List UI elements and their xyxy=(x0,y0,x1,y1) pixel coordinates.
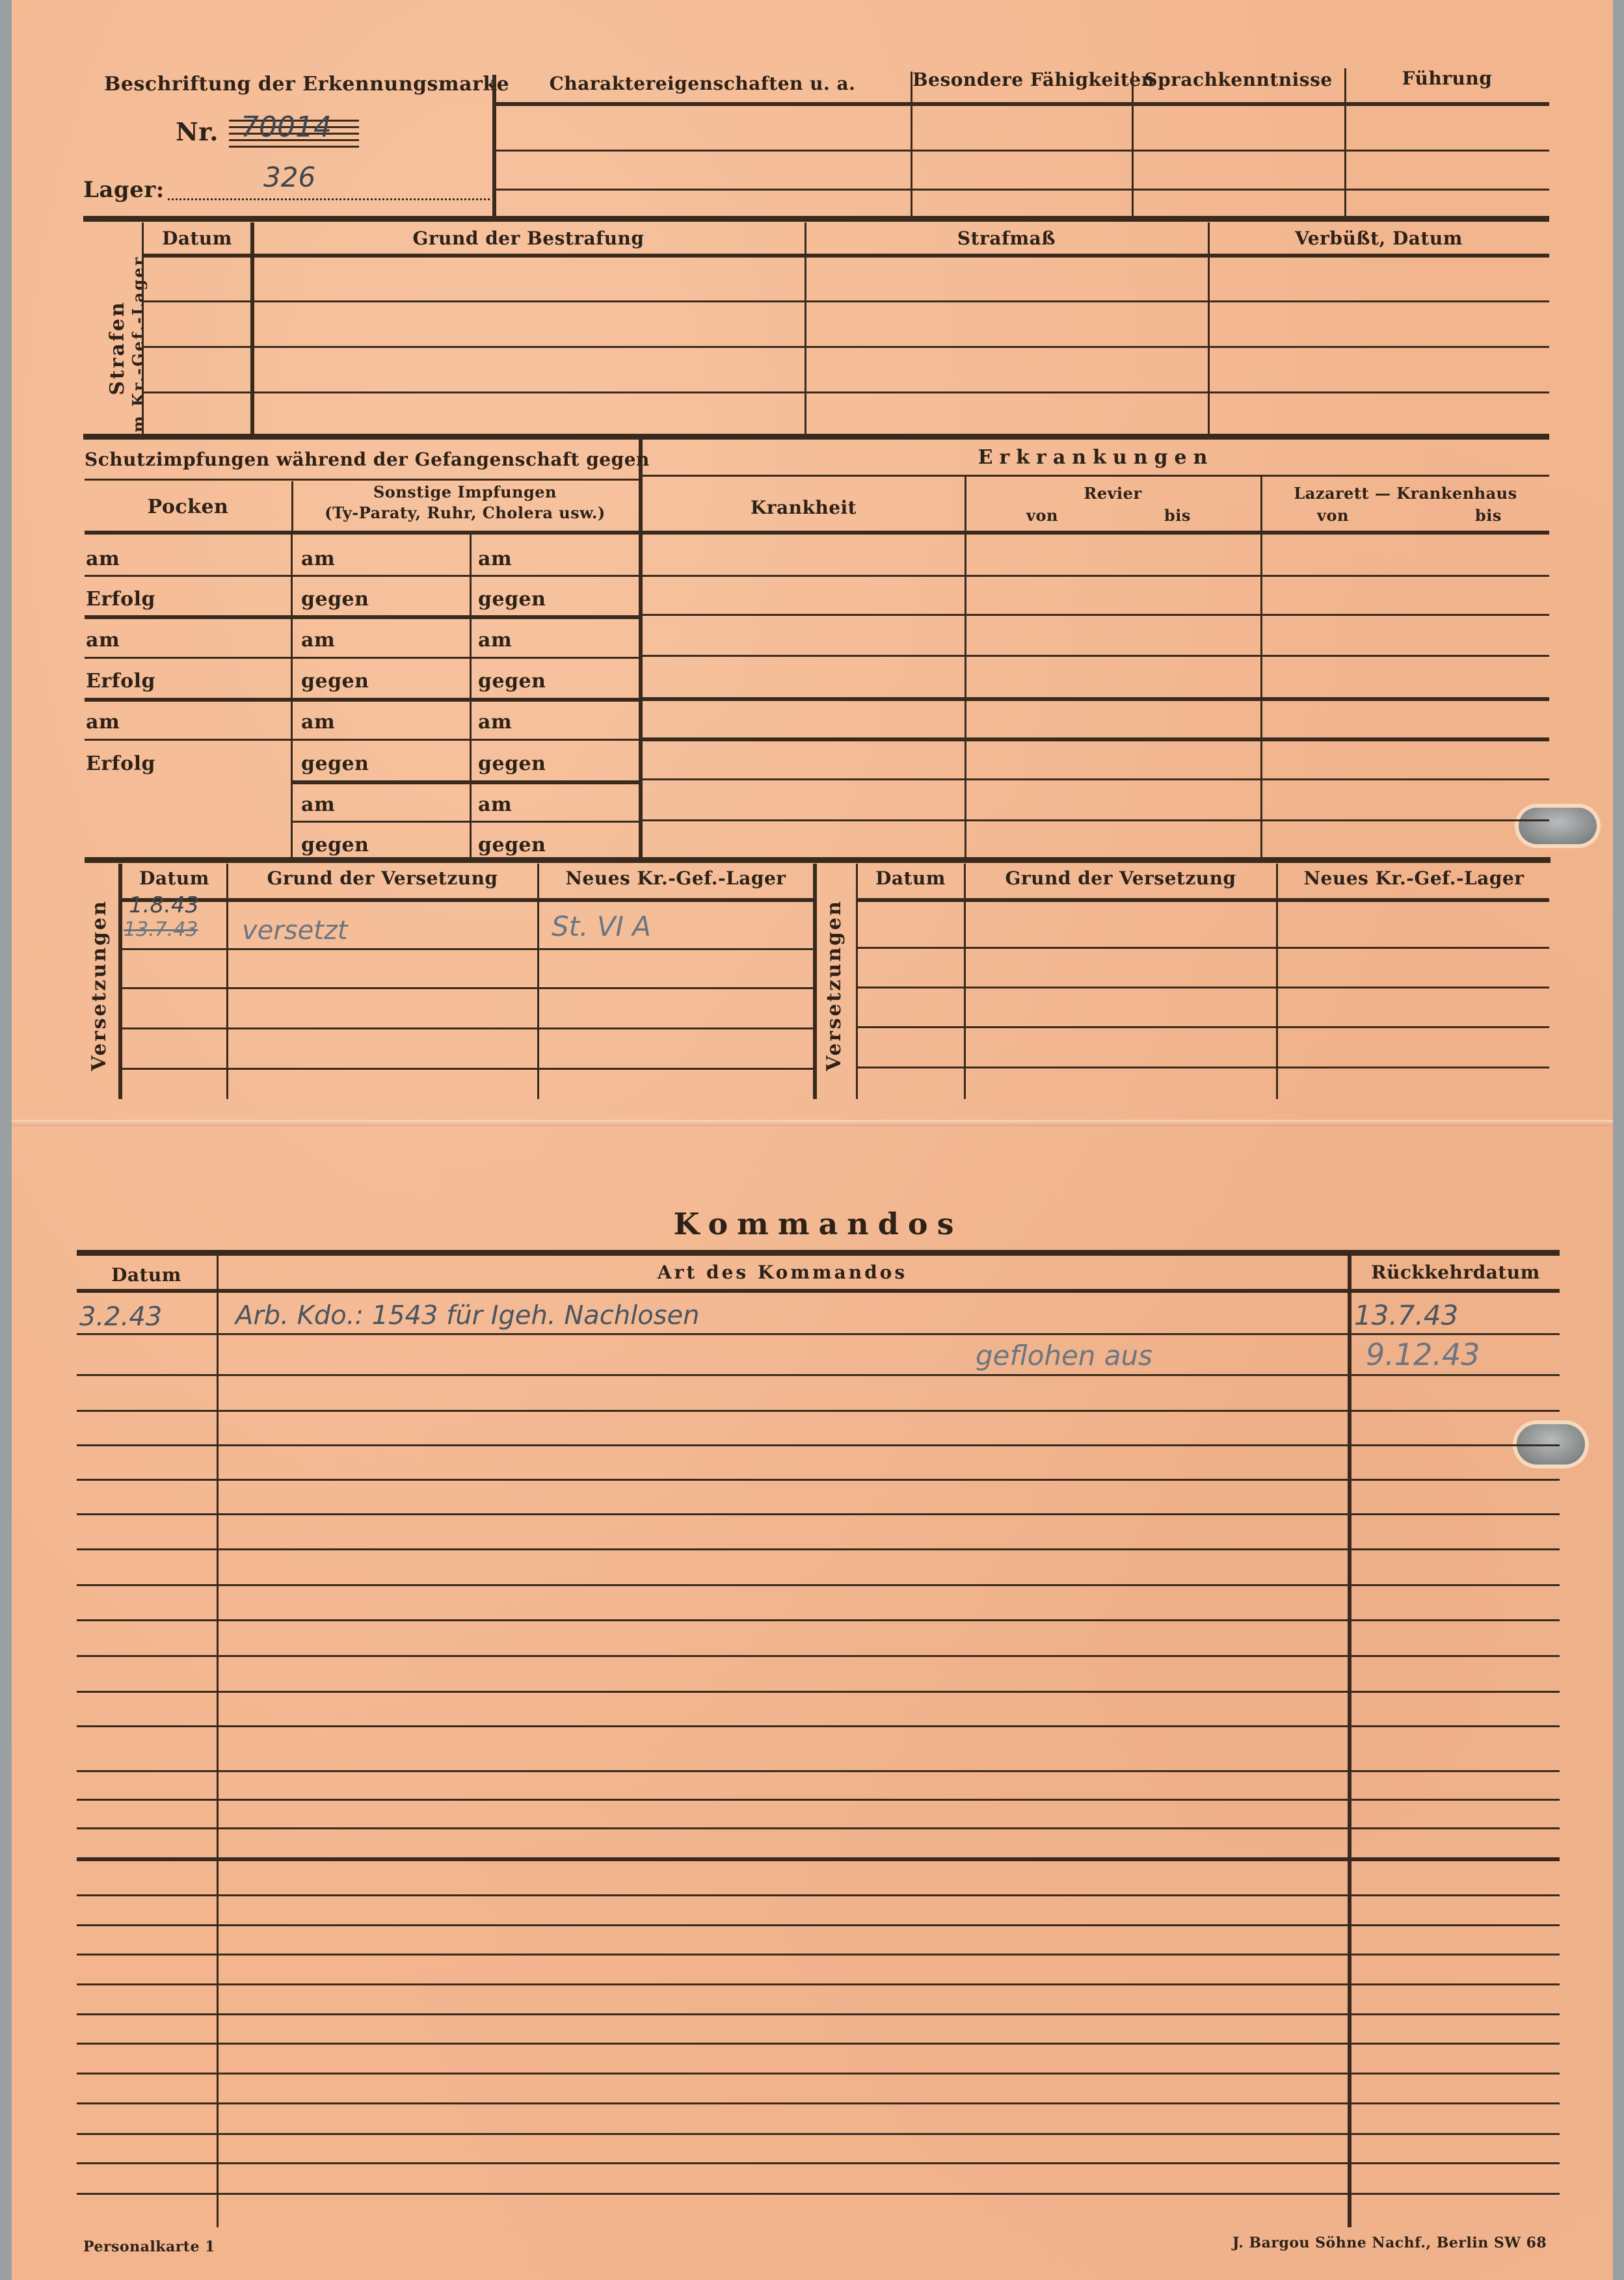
divider xyxy=(813,864,817,1099)
kommandos-row-rule xyxy=(77,2133,1560,2135)
kommandos-row-rule xyxy=(77,1619,1560,1621)
col-charakter: Charaktereigenschaften u. a. xyxy=(498,73,907,94)
rule xyxy=(85,479,639,481)
sonstige-a-am-2: am xyxy=(301,629,335,652)
lager-dotted-line xyxy=(168,198,490,200)
revier-von: von xyxy=(1026,506,1058,525)
divider xyxy=(217,1255,219,2227)
punch-hole-upper xyxy=(1519,808,1597,844)
printer-imprint: J. Bargou Söhne Nachf., Berlin SW 68 xyxy=(1232,2234,1547,2251)
kommandos-row-rule xyxy=(77,2193,1560,2195)
sonstige-a-am-4: am xyxy=(301,793,335,816)
rule xyxy=(85,615,639,619)
rule xyxy=(85,657,639,659)
versetzung-lager-value: St. VI A xyxy=(552,910,651,942)
strafen-col-grund: Grund der Bestrafung xyxy=(254,228,803,249)
rule xyxy=(857,987,1549,988)
divider xyxy=(965,477,966,857)
kommandos-row-rule xyxy=(77,1857,1560,1861)
rule xyxy=(641,697,1549,701)
strafen-row-rule xyxy=(143,346,1549,348)
kommandos-row-rule xyxy=(77,2013,1560,2015)
sonstige-a-gegen-4: gegen xyxy=(301,834,369,856)
kommandos-col-art: Art des Kommandos xyxy=(219,1262,1346,1283)
versetzungen-side-label-left: Versetzungen xyxy=(88,878,114,1093)
kommando-rueckkehr: 9.12.43 xyxy=(1366,1337,1480,1372)
versetzung-right-col-grund: Grund der Versetzung xyxy=(966,868,1275,889)
rule xyxy=(85,531,1549,535)
col-pocken: Pocken xyxy=(85,496,291,518)
kommandos-row-rule xyxy=(77,1894,1560,1896)
kommandos-row-rule xyxy=(77,2073,1560,2075)
kommando-art: geflohen aus xyxy=(976,1340,1152,1372)
pocken-am-3: am xyxy=(86,711,120,734)
pocken-erfolg-3: Erfolg xyxy=(86,752,155,775)
rule xyxy=(641,737,1549,741)
section-rule xyxy=(83,216,1549,222)
rule xyxy=(494,150,1549,152)
rule xyxy=(857,947,1549,949)
kommandos-row-rule xyxy=(77,1548,1560,1550)
rule xyxy=(494,189,1549,191)
divider xyxy=(1348,1255,1351,2227)
col-revier: Revier xyxy=(966,484,1259,503)
divider xyxy=(291,535,293,857)
pocken-erfolg-2: Erfolg xyxy=(86,670,155,693)
col-sprachkenntnisse: Sprachkenntnisse xyxy=(1134,69,1343,90)
rule xyxy=(641,655,1549,657)
lazarett-bis: bis xyxy=(1475,506,1502,525)
section-rule xyxy=(85,857,1551,863)
col-sonstige-title: Sonstige Impfungen xyxy=(293,483,637,501)
kommandos-row-rule xyxy=(77,1584,1560,1586)
versetzung-right-col-lager: Neues Kr.-Gef.-Lager xyxy=(1279,868,1549,889)
col-lazarett: Lazarett — Krankenhaus xyxy=(1262,484,1549,503)
form-name: Personalkarte 1 xyxy=(83,2238,215,2255)
rule xyxy=(641,819,1549,821)
kommandos-row-rule xyxy=(77,1983,1560,1985)
rule xyxy=(857,898,1549,902)
rule xyxy=(494,102,1549,106)
rule xyxy=(641,575,1549,577)
kommandos-row-rule xyxy=(77,1725,1560,1727)
rule xyxy=(857,1026,1549,1028)
sonstige-b-am-3: am xyxy=(478,711,512,734)
pocken-am-2: am xyxy=(86,629,120,652)
sonstige-b-gegen-2: gegen xyxy=(478,670,546,693)
rule xyxy=(641,614,1549,616)
rule xyxy=(641,778,1549,780)
pocken-erfolg-1: Erfolg xyxy=(86,588,155,611)
sonstige-b-am-4: am xyxy=(478,793,512,816)
kommandos-row-rule xyxy=(77,1479,1560,1481)
rule xyxy=(143,254,1549,258)
sonstige-b-gegen-1: gegen xyxy=(478,588,546,611)
versetzung-left-col-datum: Datum xyxy=(122,868,226,889)
section-rule xyxy=(83,434,1549,440)
divider xyxy=(911,72,912,218)
kommandos-row-rule xyxy=(77,1954,1560,1955)
versetzung-grund-value: versetzt xyxy=(242,916,348,946)
divider xyxy=(470,535,472,857)
sonstige-b-am-2: am xyxy=(478,629,512,652)
kommando-art: Arb. Kdo.: 1543 für Igeh. Nachlosen xyxy=(235,1301,699,1331)
sonstige-b-gegen-3: gegen xyxy=(478,752,546,775)
kommandos-row-rule xyxy=(77,1655,1560,1657)
versetzung-datum-new: 1.8.43 xyxy=(129,892,199,918)
sonstige-a-gegen-2: gegen xyxy=(301,670,369,693)
rule xyxy=(85,739,639,741)
sonstige-b-gegen-4: gegen xyxy=(478,834,546,856)
rule xyxy=(121,948,813,950)
lazarett-von: von xyxy=(1317,506,1349,525)
erkrankungen-heading: Erkrankungen xyxy=(643,446,1549,469)
kommandos-row-rule xyxy=(77,1333,1560,1335)
kommandos-row-rule xyxy=(77,1444,1560,1446)
lager-value: 326 xyxy=(263,161,315,193)
kommandos-col-datum: Datum xyxy=(77,1264,216,1286)
rule xyxy=(85,575,639,577)
sonstige-b-am-1: am xyxy=(478,548,512,570)
sonstige-a-am-3: am xyxy=(301,711,335,734)
kommando-rueckkehr: 13.7.43 xyxy=(1354,1299,1458,1331)
divider xyxy=(1132,72,1134,218)
section-rule xyxy=(77,1250,1560,1256)
kommandos-row-rule xyxy=(77,1513,1560,1515)
strafen-col-datum: Datum xyxy=(144,228,250,249)
col-sonstige-subtitle: (Ty-Paraty, Ruhr, Cholera usw.) xyxy=(293,503,637,522)
kommandos-row-rule xyxy=(77,1827,1560,1829)
pocken-am-1: am xyxy=(86,548,120,570)
strafen-row-rule xyxy=(143,391,1549,393)
divider xyxy=(1260,477,1262,857)
kommandos-row-rule xyxy=(77,2162,1560,2164)
rule xyxy=(121,1027,813,1029)
sonstige-a-gegen-1: gegen xyxy=(301,588,369,611)
kommandos-title: Kommandos xyxy=(77,1206,1560,1241)
sonstige-a-gegen-3: gegen xyxy=(301,752,369,775)
versetzung-left-col-grund: Grund der Versetzung xyxy=(229,868,536,889)
strafen-side-label: Strafen im Kr.-Gef.-Lager xyxy=(107,244,153,452)
versetzung-left-col-lager: Neues Kr.-Gef.-Lager xyxy=(540,868,812,889)
col-krankheit: Krankheit xyxy=(643,497,965,518)
divider xyxy=(1344,68,1346,218)
strafen-col-strafmass: Strafmaß xyxy=(806,228,1206,249)
rule xyxy=(121,1068,813,1070)
kommandos-row-rule xyxy=(77,2043,1560,2045)
rule xyxy=(857,1067,1549,1068)
kommandos-col-rueckkehr: Rückkehrdatum xyxy=(1351,1262,1560,1283)
identification-heading: Beschriftung der Erkennungsmarke xyxy=(104,73,468,96)
strafen-row-rule xyxy=(143,300,1549,302)
rule xyxy=(643,475,1549,477)
kommandos-row-rule xyxy=(77,1799,1560,1801)
rule xyxy=(291,821,639,823)
kommandos-row-rule xyxy=(77,2102,1560,2104)
nr-value-struck: 70014 xyxy=(241,111,332,144)
kommandos-row-rule xyxy=(77,1410,1560,1412)
kommando-datum: 3.2.43 xyxy=(79,1302,162,1332)
divider xyxy=(492,75,496,219)
col-fuehrung: Führung xyxy=(1346,68,1548,89)
kommandos-row-rule xyxy=(77,1924,1560,1926)
kommandos-row-rule xyxy=(77,1374,1560,1376)
nr-rule-5 xyxy=(229,146,359,148)
card-fold-crease xyxy=(12,1120,1613,1126)
sonstige-a-am-1: am xyxy=(301,548,335,570)
rule xyxy=(121,898,813,902)
lager-label: Lager: xyxy=(83,177,165,203)
rule xyxy=(121,987,813,989)
kommandos-row-rule xyxy=(77,1770,1560,1772)
versetzungen-side-label-right: Versetzungen xyxy=(823,878,849,1093)
versetzung-datum-struck: 13.7.43 xyxy=(124,918,198,941)
rule xyxy=(85,698,639,702)
col-faehigkeiten: Besondere Fähigkeiten xyxy=(912,69,1130,90)
revier-bis: bis xyxy=(1164,506,1191,525)
rule xyxy=(77,1289,1560,1293)
versetzung-right-col-datum: Datum xyxy=(859,868,963,889)
kommandos-row-rule xyxy=(77,1691,1560,1693)
rule xyxy=(291,780,639,784)
schutzimpfungen-heading: Schutzimpfungen während der Gefangenscha… xyxy=(85,449,637,470)
nr-label: Nr. xyxy=(176,117,219,146)
strafen-col-verbuesst: Verbüßt, Datum xyxy=(1210,228,1548,249)
